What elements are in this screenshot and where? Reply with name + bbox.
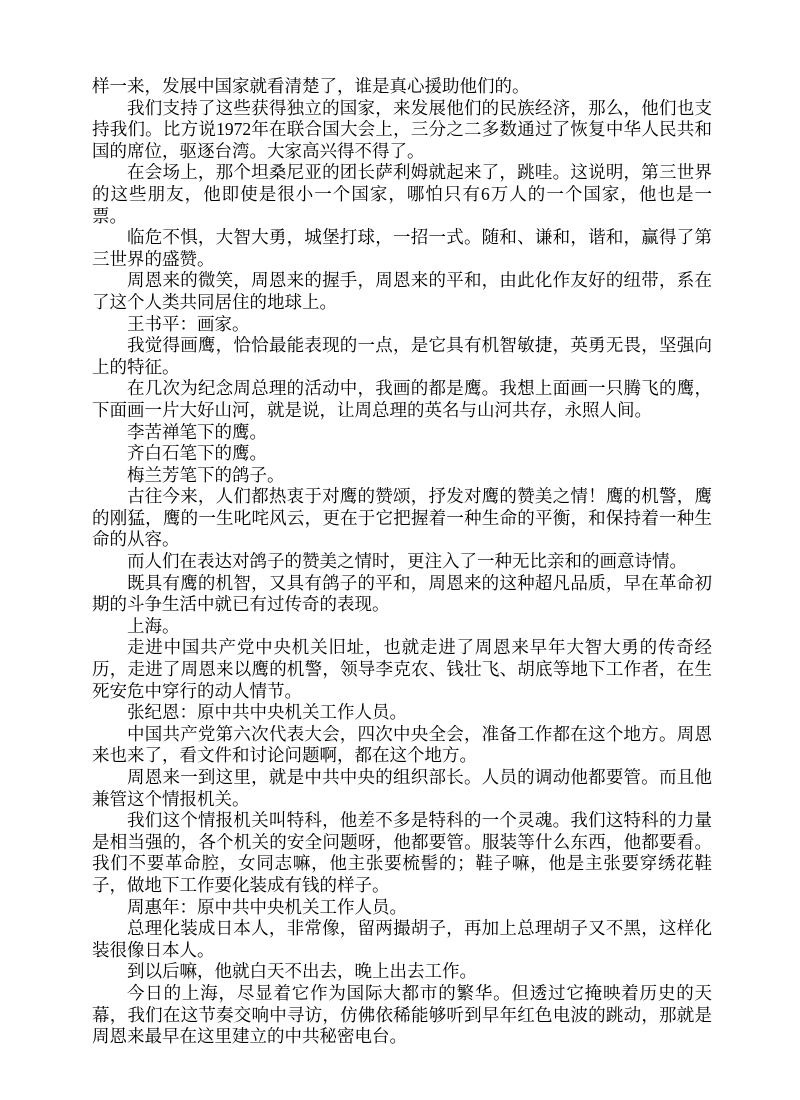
document-page: 样一来，发展中国家就看清楚了，谁是真心援助他们的。我们支持了这些获得独立的国家，… [92,76,712,1048]
paragraph: 今日的上海，尽显着它作为国际大都市的繁华。但透过它掩映着历史的天幕，我们在这节奏… [92,983,712,1048]
paragraph: 样一来，发展中国家就看清楚了，谁是真心援助他们的。 [92,76,712,98]
paragraph: 齐白石笔下的鹰。 [92,443,712,465]
paragraph: 既具有鹰的机智，又具有鸽子的平和，周恩来的这种超凡品质，早在革命初期的斗争生活中… [92,573,712,616]
paragraph-container: 样一来，发展中国家就看清楚了，谁是真心援助他们的。我们支持了这些获得独立的国家，… [92,76,712,1048]
paragraph: 张纪恩：原中共中央机关工作人员。 [92,702,712,724]
paragraph: 梅兰芳笔下的鸽子。 [92,465,712,487]
paragraph: 我们这个情报机关叫特科，他差不多是特科的一个灵魂。我们这特科的力量是相当强的，各… [92,810,712,896]
paragraph: 上海。 [92,616,712,638]
paragraph: 李苦禅笔下的鹰。 [92,422,712,444]
paragraph: 古往今来，人们都热衷于对鹰的赞颂，抒发对鹰的赞美之情！鹰的机警，鹰的刚猛，鹰的一… [92,486,712,551]
paragraph: 周惠年：原中共中央机关工作人员。 [92,897,712,919]
paragraph: 王书平：画家。 [92,314,712,336]
paragraph: 周恩来的微笑，周恩来的握手，周恩来的平和，由此化作友好的纽带，系在了这个人类共同… [92,270,712,313]
paragraph: 到以后嘛，他就白天不出去，晚上出去工作。 [92,961,712,983]
paragraph: 临危不惧，大智大勇，城堡打球，一招一式。随和、谦和，谐和，赢得了第三世界的盛赞。 [92,227,712,270]
paragraph: 在几次为纪念周总理的活动中，我画的都是鹰。我想上面画一只腾飞的鹰，下面画一片大好… [92,378,712,421]
paragraph: 在会场上，那个坦桑尼亚的团长萨利姆就起来了，跳哇。这说明，第三世界的这些朋友，他… [92,162,712,227]
paragraph: 总理化装成日本人，非常像，留两撮胡子，再加上总理胡子又不黑，这样化装很像日本人。 [92,918,712,961]
paragraph: 我觉得画鹰，恰恰最能表现的一点，是它具有机智敏捷，英勇无畏，坚强向上的特征。 [92,335,712,378]
paragraph: 而人们在表达对鸽子的赞美之情时，更注入了一种无比亲和的画意诗情。 [92,551,712,573]
paragraph: 中国共产党第六次代表大会，四次中央全会，准备工作都在这个地方。周恩来也来了，看文… [92,724,712,767]
paragraph: 我们支持了这些获得独立的国家，来发展他们的民族经济，那么，他们也支持我们。比方说… [92,98,712,163]
paragraph: 周恩来一到这里，就是中共中央的组织部长。人员的调动他都要管。而且他兼管这个情报机… [92,767,712,810]
paragraph: 走进中国共产党中央机关旧址，也就走进了周恩来早年大智大勇的传奇经历，走进了周恩来… [92,637,712,702]
